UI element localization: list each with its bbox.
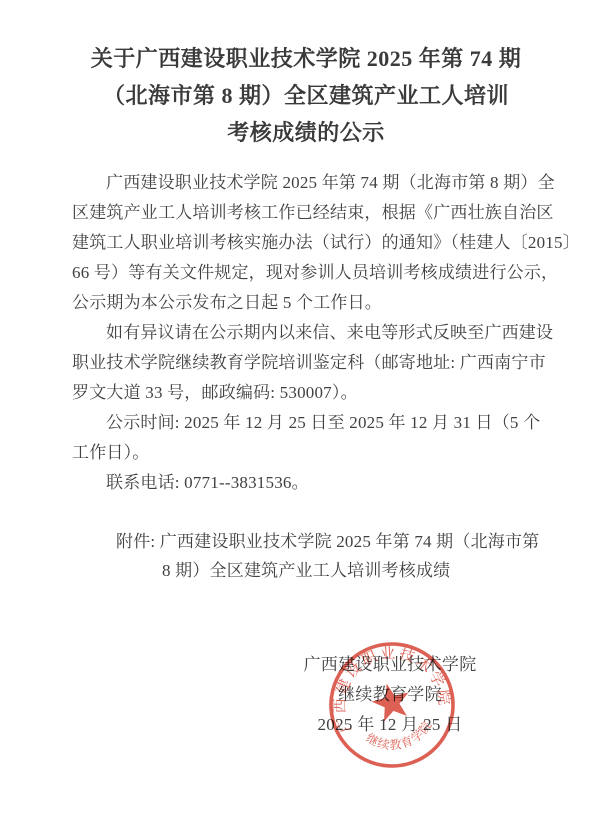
paragraph-3-line-2: 工作日）。 (72, 438, 544, 468)
document-body: 广西建设职业技术学院 2025 年第 74 期（北海市第 8 期）全 区建筑产业… (72, 168, 544, 498)
signature-org-line-2: 继续教育学院 (268, 680, 512, 710)
document-title: 关于广西建设职业技术学院 2025 年第 74 期 （北海市第 8 期）全区建筑… (50, 40, 562, 151)
attachment-line-2: 8 期）全区建筑产业工人培训考核成绩 (72, 556, 552, 585)
paragraph-4-line-1: 联系电话: 0771--3831536。 (72, 468, 544, 498)
title-line-3: 考核成绩的公示 (50, 114, 562, 151)
paragraph-3-line-1: 公示时间: 2025 年 12 月 25 日至 2025 年 12 月 31 日… (72, 408, 544, 438)
signature-date: 2025 年 12 月 25 日 (268, 710, 512, 740)
paragraph-1-line-4: 66 号）等有关文件规定，现对参训人员培训考核成绩进行公示， (72, 258, 544, 288)
title-line-2: （北海市第 8 期）全区建筑产业工人培训 (50, 77, 562, 114)
paragraph-2-line-1: 如有异议请在公示期内以来信、来电等形式反映至广西建设 (72, 318, 544, 348)
paragraph-1-line-3: 建筑工人职业培训考核实施办法（试行）的通知》（桂建人〔2015〕 (72, 228, 544, 258)
paragraph-2-line-3: 罗文大道 33 号，邮政编码: 530007）。 (72, 378, 544, 408)
signature-org-line-1: 广西建设职业技术学院 (268, 650, 512, 680)
paragraph-1-line-5: 公示期为本公示发布之日起 5 个工作日。 (72, 288, 544, 318)
paragraph-1-line-1: 广西建设职业技术学院 2025 年第 74 期（北海市第 8 期）全 (72, 168, 544, 198)
title-line-1: 关于广西建设职业技术学院 2025 年第 74 期 (50, 40, 562, 77)
attachment-note: 附件: 广西建设职业技术学院 2025 年第 74 期（北海市第 8 期）全区建… (72, 527, 552, 585)
paragraph-1-line-2: 区建筑产业工人培训考核工作已经结束，根据《广西壮族自治区 (72, 198, 544, 228)
signature-block: 广西建设职业技术学院 继续教育学院 2025 年 12 月 25 日 (268, 650, 512, 740)
paragraph-2-line-2: 职业技术学院继续教育学院培训鉴定科（邮寄地址: 广西南宁市 (72, 348, 544, 378)
document-page: 关于广西建设职业技术学院 2025 年第 74 期 （北海市第 8 期）全区建筑… (0, 0, 612, 825)
attachment-line-1: 附件: 广西建设职业技术学院 2025 年第 74 期（北海市第 (72, 527, 552, 556)
